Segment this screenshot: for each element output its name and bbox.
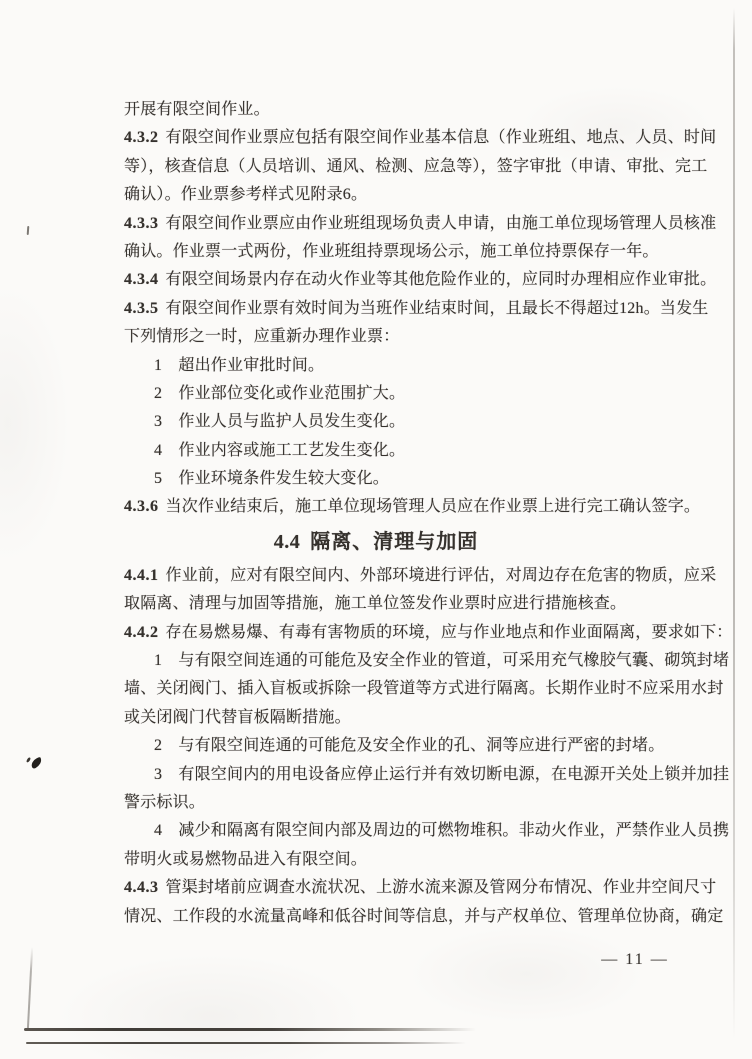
list-item: 5 作业环境条件发生较大变化。 — [124, 465, 684, 493]
list-item: 3 作业人员与监护人员发生变化。 — [124, 408, 684, 436]
clause-number: 4.3.2 — [124, 129, 159, 146]
text-line: 等），核查信息（人员培训、通风、检测、应急等），签字审批（申请、审批、完工 — [124, 153, 684, 181]
clause-number: 4.4.1 — [124, 567, 159, 584]
text-line-clause-4-3-3: 4.3.3有限空间作业票应由作业班组现场负责人申请，由施工单位现场管理人员核准 — [124, 210, 684, 238]
text-line-clause-4-4-3: 4.4.3管渠封堵前应调查水流状况、上游水流来源及管网分布情况、作业井空间尺寸 — [124, 874, 684, 902]
scan-tick-mark — [27, 226, 30, 235]
text-line: 带明火或易燃物品进入有限空间。 — [124, 846, 684, 874]
text-line: 情况、工作段的水流量高峰和低谷时间等信息，并与产权单位、管理单位协商，确定 — [124, 903, 684, 931]
text-line: 确认）。作业票参考样式见附录6。 — [124, 181, 684, 209]
scan-edge-vertical-line-left — [27, 947, 33, 1030]
text-line: 确认。作业票一式两份，作业班组持票现场公示，施工单位持票保存一年。 — [124, 238, 684, 266]
section-number: 4.4 — [274, 531, 301, 553]
clause-number: 4.3.4 — [124, 271, 159, 288]
text-line-clause-4-3-2: 4.3.2有限空间作业票应包括有限空间作业基本信息（作业班组、地点、人员、时间 — [124, 124, 684, 152]
text-line-clause-4-3-4: 4.3.4有限空间场景内存在动火作业等其他危险作业的，应同时办理相应作业审批。 — [124, 266, 684, 294]
page-number: — 11 — — [560, 951, 710, 969]
clause-number: 4.4.3 — [124, 879, 159, 896]
text-line: 墙、关闭阀门、插入盲板或拆除一段管道等方式进行隔离。长期作业时不应采用水封 — [124, 675, 684, 703]
text-line-clause-4-4-1: 4.4.1作业前，应对有限空间内、外部环境进行评估，对周边存在危害的物质，应采 — [124, 562, 684, 590]
text-line: 或关闭阀门代替盲板隔断措施。 — [124, 704, 684, 732]
document-text-column: 开展有限空间作业。 4.3.2有限空间作业票应包括有限空间作业基本信息（作业班组… — [124, 96, 684, 931]
list-item: 4 减少和隔离有限空间内部及周边的可燃物堆积。非动火作业，严禁作业人员携 — [124, 817, 684, 845]
text-line: 警示标识。 — [124, 789, 684, 817]
section-heading-4-4: 4.4隔离、清理与加固 — [96, 522, 656, 562]
list-item: 4 作业内容或施工工艺发生变化。 — [124, 437, 684, 465]
list-item: 2 与有限空间连通的可能危及安全作业的孔、洞等应进行严密的封堵。 — [124, 732, 684, 760]
list-item: 3 有限空间内的用电设备应停止运行并有效切断电源，在电源开关处上锁并加挂 — [124, 761, 684, 789]
list-item: 1 与有限空间连通的可能危及安全作业的管道，可采用充气橡胶气囊、砌筑封堵 — [124, 647, 684, 675]
clause-number: 4.3.3 — [124, 215, 159, 232]
ink-speck — [31, 756, 43, 769]
text-line: 下列情形之一时，应重新办理作业票： — [124, 323, 684, 351]
list-item: 2 作业部位变化或作业范围扩大。 — [124, 380, 684, 408]
text-line: 开展有限空间作业。 — [124, 96, 684, 124]
scan-horizontal-line-top — [24, 1028, 476, 1031]
scan-edge-vertical-line-right — [733, 8, 735, 1040]
list-item: 1 超出作业审批时间。 — [124, 352, 684, 380]
text-line-clause-4-3-6: 4.3.6当次作业结束后，施工单位现场管理人员应在作业票上进行完工确认签字。 — [124, 493, 684, 521]
scanned-document-page: 开展有限空间作业。 4.3.2有限空间作业票应包括有限空间作业基本信息（作业班组… — [0, 0, 752, 1059]
text-line-clause-4-4-2: 4.4.2存在易燃易爆、有毒有害物质的环境，应与作业地点和作业面隔离，要求如下： — [124, 619, 684, 647]
text-line: 取隔离、清理与加固等措施，施工单位签发作业票时应进行措施核查。 — [124, 590, 684, 618]
text-line-clause-4-3-5: 4.3.5有限空间作业票有效时间为当班作业结束时间，且最长不得超过12h。当发生 — [124, 295, 684, 323]
clause-number: 4.3.6 — [124, 498, 159, 515]
clause-number: 4.4.2 — [124, 624, 159, 641]
clause-number: 4.3.5 — [124, 300, 159, 317]
scan-horizontal-line-bottom — [26, 1042, 466, 1044]
